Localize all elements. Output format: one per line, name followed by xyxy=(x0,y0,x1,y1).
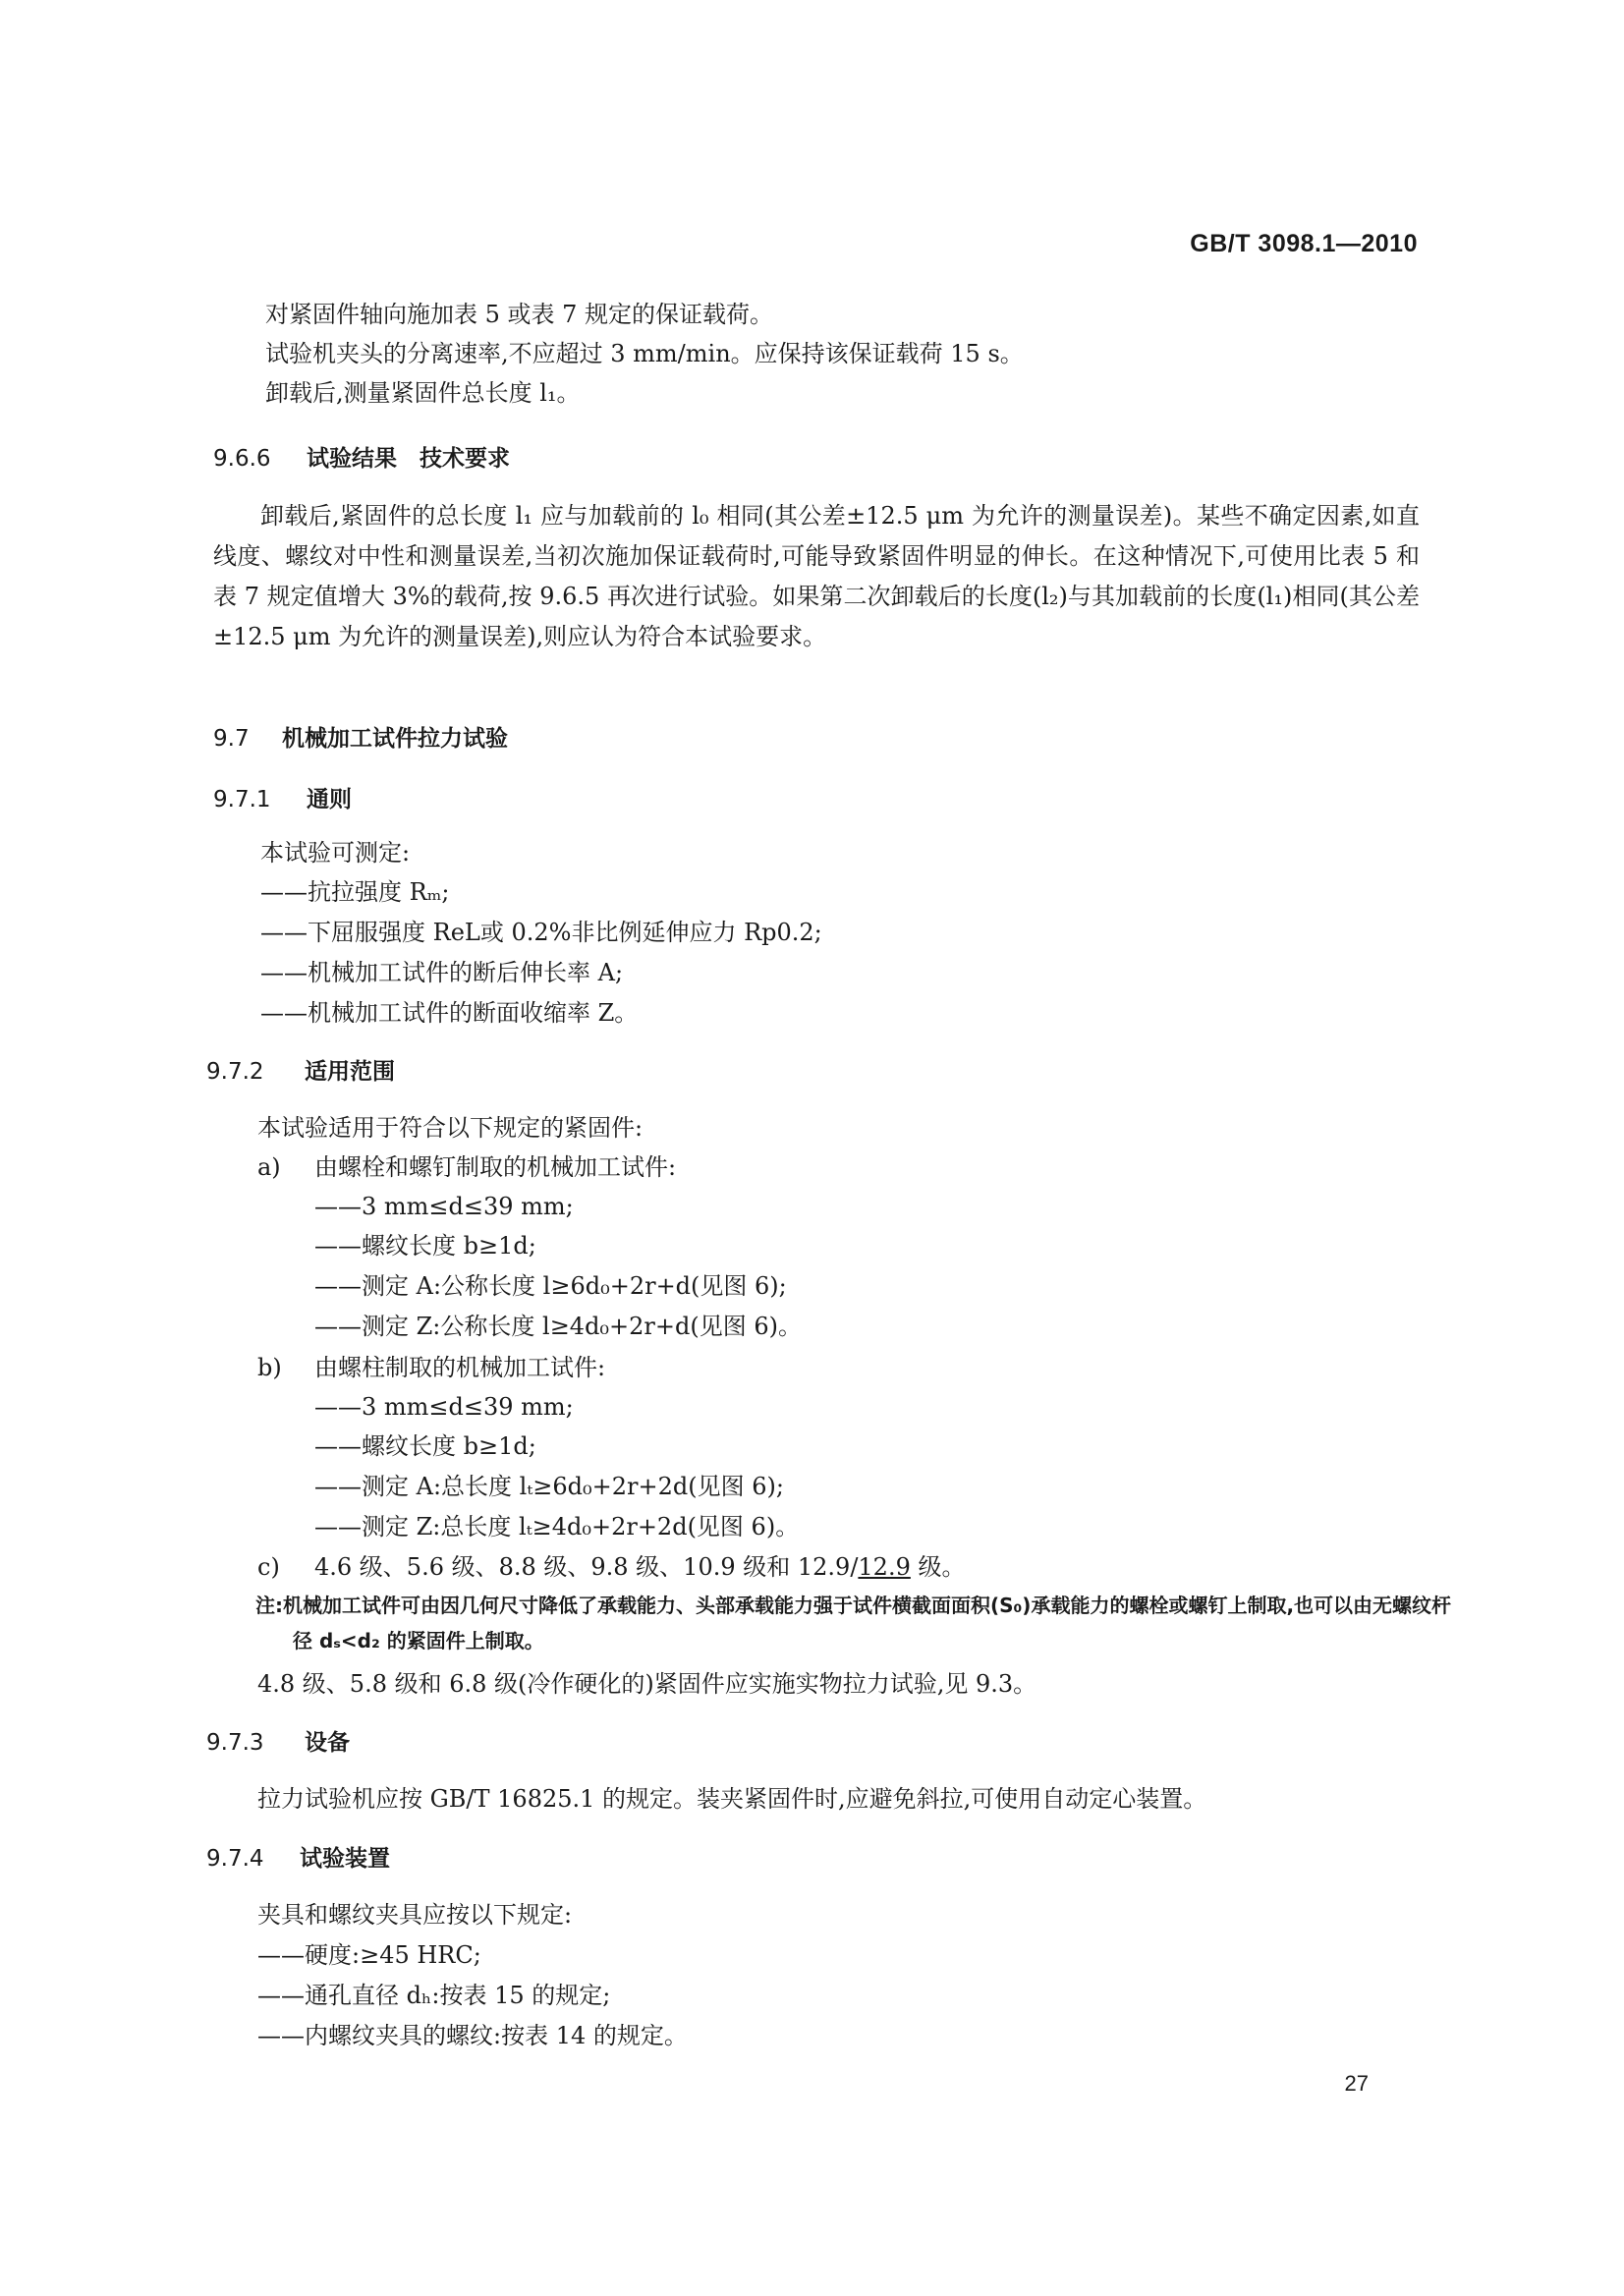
grades-text: 4.6 级、5.6 级、8.8 级、9.8 级、10.9 级和 12.9/ xyxy=(314,1553,858,1581)
list-item: ——抗拉强度 Rₘ; xyxy=(260,872,450,912)
intro-text: 本试验适用于符合以下规定的紧固件: xyxy=(257,1108,643,1148)
section-heading-9-7-1: 9.7.1通则 xyxy=(213,781,352,813)
list-item-b: 由螺柱制取的机械加工试件: xyxy=(314,1348,605,1387)
sub-list-item: ——测定 Z:总长度 lₜ≥4d₀+2r+2d(见图 6)。 xyxy=(314,1507,799,1546)
section-title: 适用范围 xyxy=(305,1059,395,1085)
intro-text: 本试验可测定: xyxy=(260,833,410,872)
sub-list-item: ——3 mm≤d≤39 mm; xyxy=(314,1187,574,1226)
intro-text: 夹具和螺纹夹具应按以下规定: xyxy=(257,1895,572,1934)
section-heading-9-7: 9.7机械加工试件拉力试验 xyxy=(213,720,508,753)
section-number: 9.7.1 xyxy=(213,787,307,812)
list-item-a: 由螺栓和螺钉制取的机械加工试件: xyxy=(314,1148,676,1187)
note-text: 机械加工试件可由因几何尺寸降低了承载能力、头部承载能力强于试件横截面面积(S₀)… xyxy=(283,1594,1451,1652)
section-title: 设备 xyxy=(305,1730,350,1756)
section-heading-9-6-6: 9.6.6试验结果 技术要求 xyxy=(213,440,510,473)
grade-underlined: 12.9 xyxy=(858,1553,910,1581)
grades-end: 级。 xyxy=(911,1553,966,1581)
list-item: ——硬度:≥45 HRC; xyxy=(257,1935,481,1975)
sub-list-item: ——3 mm≤d≤39 mm; xyxy=(314,1387,574,1427)
list-item: ——机械加工试件的断后伸长率 A; xyxy=(260,953,623,992)
intro-line: 卸载后,测量紧固件总长度 l₁。 xyxy=(265,373,581,413)
section-heading-9-7-4: 9.7.4试验装置 xyxy=(206,1840,390,1873)
section-number: 9.7.2 xyxy=(206,1059,305,1085)
sub-list-item: ——测定 Z:公称长度 l≥4d₀+2r+d(见图 6)。 xyxy=(314,1307,802,1346)
note-label: 注: xyxy=(255,1594,283,1617)
list-item: ——下屈服强度 ReL或 0.2%非比例延伸应力 Rp0.2; xyxy=(260,913,822,952)
section-title: 机械加工试件拉力试验 xyxy=(282,726,508,752)
page-number: 27 xyxy=(1345,2071,1369,2097)
sub-list-item: ——螺纹长度 b≥1d; xyxy=(314,1427,536,1466)
note: 注:机械加工试件可由因几何尺寸降低了承载能力、头部承载能力强于试件横截面面积(S… xyxy=(255,1588,1457,1658)
paragraph: 4.8 级、5.8 级和 6.8 级(冷作硬化的)紧固件应实施实物拉力试验,见 … xyxy=(257,1664,1036,1704)
list-label-b: b) xyxy=(257,1348,282,1387)
section-heading-9-7-2: 9.7.2适用范围 xyxy=(206,1053,395,1086)
sub-list-item: ——螺纹长度 b≥1d; xyxy=(314,1226,536,1265)
section-number: 9.6.6 xyxy=(213,446,307,472)
standard-id-header: GB/T 3098.1—2010 xyxy=(1190,230,1418,258)
list-item: ——通孔直径 dₕ:按表 15 的规定; xyxy=(257,1976,610,2015)
section-title: 试验装置 xyxy=(300,1846,390,1872)
section-title: 通则 xyxy=(307,787,352,812)
intro-line: 试验机夹头的分离速率,不应超过 3 mm/min。应保持该保证载荷 15 s。 xyxy=(265,334,1024,373)
list-label-a: a) xyxy=(257,1148,281,1187)
sub-list-item: ——测定 A:总长度 lₜ≥6d₀+2r+2d(见图 6); xyxy=(314,1467,784,1506)
paragraph: 卸载后,紧固件的总长度 l₁ 应与加载前的 l₀ 相同(其公差±12.5 μm … xyxy=(213,496,1420,657)
document-page: GB/T 3098.1—2010 对紧固件轴向施加表 5 或表 7 规定的保证载… xyxy=(0,0,1624,2296)
list-item: ——机械加工试件的断面收缩率 Z。 xyxy=(260,993,638,1033)
section-title: 试验结果 技术要求 xyxy=(307,446,510,472)
section-number: 9.7.4 xyxy=(206,1846,300,1872)
paragraph: 拉力试验机应按 GB/T 16825.1 的规定。装夹紧固件时,应避免斜拉,可使… xyxy=(257,1779,1206,1819)
intro-line: 对紧固件轴向施加表 5 或表 7 规定的保证载荷。 xyxy=(265,295,773,334)
section-number: 9.7 xyxy=(213,726,282,752)
list-label-c: c) xyxy=(257,1547,280,1587)
section-number: 9.7.3 xyxy=(206,1730,305,1756)
list-item: ——内螺纹夹具的螺纹:按表 14 的规定。 xyxy=(257,2016,688,2055)
list-item-c: 4.6 级、5.6 级、8.8 级、9.8 级、10.9 级和 12.9/12.… xyxy=(314,1547,965,1587)
section-heading-9-7-3: 9.7.3设备 xyxy=(206,1724,350,1757)
sub-list-item: ——测定 A:公称长度 l≥6d₀+2r+d(见图 6); xyxy=(314,1266,787,1306)
